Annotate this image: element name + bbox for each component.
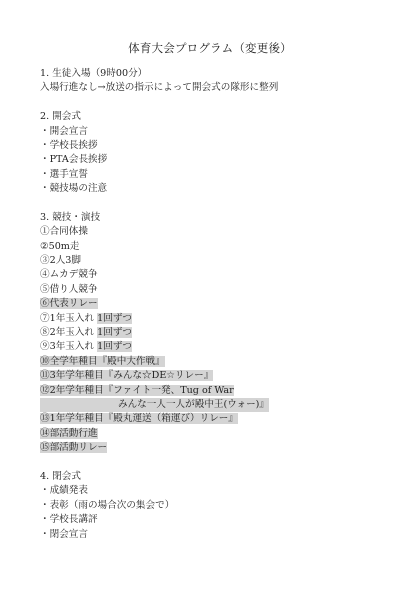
document-page: 体育大会プログラム（変更後） 1. 生徒入場（9時00分） 入場行進なし→放送の… (0, 0, 420, 594)
section-opening-ceremony: 2. 開会式 ・開会宣言 ・学校長挨拶 ・PTA会長挨拶 ・選手宣誓 ・競技場の… (40, 110, 400, 196)
list-item-highlighted-continuation: みんな一人一人が殿中王(ウォー)』 (40, 398, 269, 412)
section-heading: 4. 閉会式 (40, 470, 400, 484)
document-body: 1. 生徒入場（9時00分） 入場行進なし→放送の指示によって開会式の隊形に整列… (40, 67, 400, 542)
section-heading: 2. 開会式 (40, 110, 400, 124)
list-item-highlighted: ⑮部活動リレー (40, 442, 107, 453)
list-item-highlighted: ⑪3年学年種目『みんな☆DE☆リレー』 (40, 370, 213, 381)
item-text: ⑨3年玉入れ (40, 341, 94, 352)
list-item: ⑤借り人競争 (40, 283, 400, 297)
list-item: ⑧2年玉入れ 1回ずつ (40, 326, 400, 340)
list-item-highlighted: ⑬1年学年種目『殿丸運送（箱運び）リレー』 (40, 413, 238, 424)
list-item: ・成績発表 (40, 484, 400, 498)
list-item: ・学校長挨拶 (40, 139, 400, 153)
section-heading: 3. 競技・演技 (40, 211, 400, 225)
list-item: 入場行進なし→放送の指示によって開会式の隊形に整列 (40, 81, 400, 95)
list-item: ①合同体操 (40, 225, 400, 239)
list-item: ④ムカデ競争 (40, 268, 400, 282)
item-text: ⑦1年玉入れ (40, 313, 94, 324)
list-item: ・学校長講評 (40, 513, 400, 527)
list-item: ・PTA会長挨拶 (40, 153, 400, 167)
list-item-highlighted: ⑩全学年種目『殿中大作戦』 (40, 356, 165, 367)
list-item: ②50m走 (40, 240, 400, 254)
item-note-highlighted: 1回ずつ (97, 327, 132, 338)
list-item: ・開会宣言 (40, 125, 400, 139)
document-title: 体育大会プログラム（変更後） (0, 40, 420, 56)
list-item: ・表彰（雨の場合次の集会で） (40, 499, 400, 513)
list-item: ・選手宣誓 (40, 168, 400, 182)
section-student-entrance: 1. 生徒入場（9時00分） 入場行進なし→放送の指示によって開会式の隊形に整列 (40, 67, 400, 96)
list-item: ・閉会宣言 (40, 528, 400, 542)
section-events: 3. 競技・演技 ①合同体操 ②50m走 ③2人3脚 ④ムカデ競争 ⑤借り人競争… (40, 211, 400, 456)
list-item: ・競技場の注意 (40, 182, 400, 196)
list-item-highlighted: ⑫2年学年種目『ファイト一発、Tug of War (40, 385, 234, 396)
item-note-highlighted: 1回ずつ (97, 341, 132, 352)
item-note-highlighted: 1回ずつ (97, 313, 132, 324)
list-item: ③2人3脚 (40, 254, 400, 268)
list-item: ⑨3年玉入れ 1回ずつ (40, 340, 400, 354)
item-text: ⑧2年玉入れ (40, 327, 94, 338)
section-closing-ceremony: 4. 閉会式 ・成績発表 ・表彰（雨の場合次の集会で） ・学校長講評 ・閉会宣言 (40, 470, 400, 542)
list-item-highlighted: ⑭部活動行進 (40, 428, 98, 439)
list-item-highlighted: ⑥代表リレー (40, 298, 98, 309)
section-heading: 1. 生徒入場（9時00分） (40, 67, 400, 81)
list-item: ⑦1年玉入れ 1回ずつ (40, 312, 400, 326)
